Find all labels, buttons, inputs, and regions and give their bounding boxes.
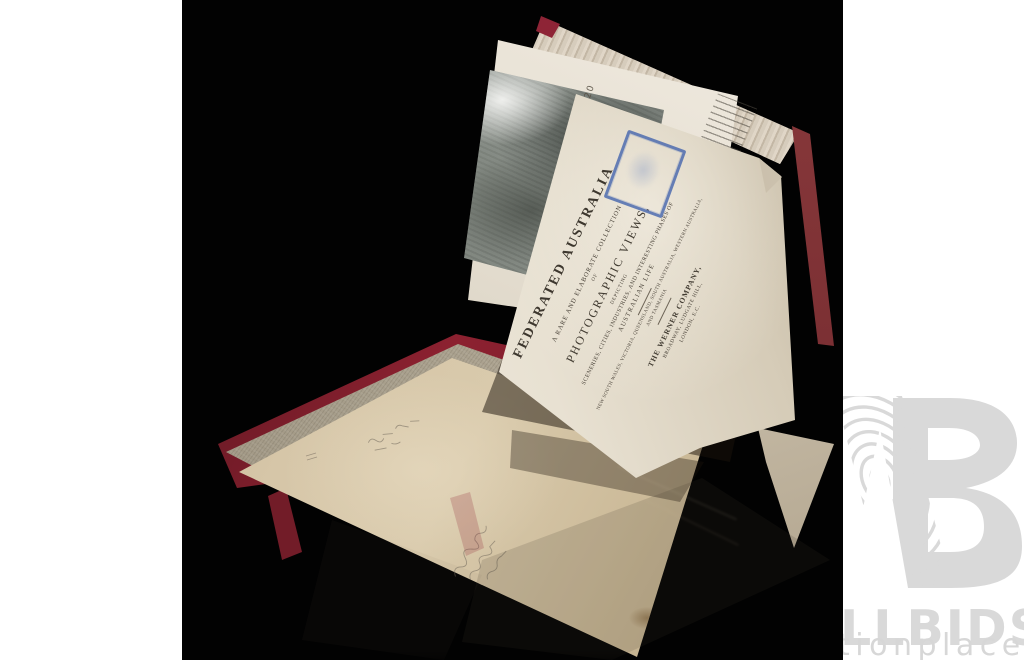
product-photo: H 220 FEDERATED AUSTRALIA A RARE AND ELA… bbox=[182, 0, 843, 660]
watermark-brand-text: LLBIDS bbox=[840, 600, 1024, 657]
watermark-tagline-text: tionplace bbox=[838, 628, 1024, 660]
auction-photo-canvas: H 220 FEDERATED AUSTRALIA A RARE AND ELA… bbox=[0, 0, 1024, 660]
stamp-smudge bbox=[620, 146, 666, 195]
logo-wedge bbox=[846, 428, 908, 588]
